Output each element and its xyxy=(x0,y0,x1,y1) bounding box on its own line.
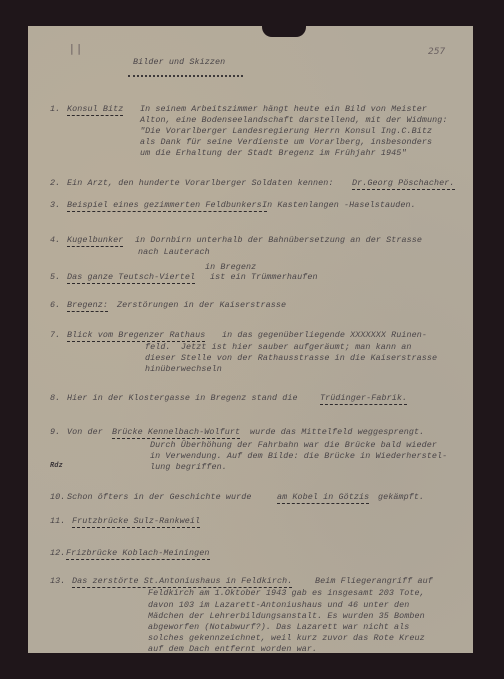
item-13-line: auf dem Dach entfernt worden war. xyxy=(148,644,317,655)
item-4-text: in Dornbirn unterhalb der Bahnübersetzun… xyxy=(135,235,422,246)
item-13-line: Feldkirch am 1.Oktober 1943 gab es insge… xyxy=(148,588,425,599)
item-12-heading: Frizbrücke Koblach-Meiningen xyxy=(66,548,210,560)
item-2-text: Ein Arzt, den hunderte Vorarlberger Sold… xyxy=(67,178,334,189)
item-13-number: 13. xyxy=(50,576,65,587)
item-7-line: feld. Jetzt ist hier sauber aufgeräumt; … xyxy=(145,342,412,353)
item-8-text: Hier in der Klostergasse in Bregenz stan… xyxy=(67,393,298,404)
item-3-text: In Kastenlangen -Haselstauden. xyxy=(262,200,416,211)
item-7-number: 7. xyxy=(50,330,60,341)
item-12-number: 12. xyxy=(50,548,65,559)
margin-marks: | | xyxy=(70,42,81,55)
item-8-heading: Trüdinger-Fabrik. xyxy=(320,393,407,405)
item-1-line: Alton, eine Bodenseelandschaft darstelle… xyxy=(140,115,448,126)
item-13-line: Mädchen der Lehrerbildungsanstalt. Es wu… xyxy=(148,611,425,622)
item-6-number: 6. xyxy=(50,300,60,311)
item-3-heading: Beispiel eines gezimmerten Feldbunkers. xyxy=(67,200,267,212)
item-1-line: als Dank für seine Verdienste um Vorarlb… xyxy=(140,137,432,148)
title-underline xyxy=(128,75,243,77)
item-2-number: 2. xyxy=(50,178,60,189)
item-4-number: 4. xyxy=(50,235,60,246)
item-10-text: Schon öfters in der Geschichte wurde xyxy=(67,492,252,503)
item-7-line: hinüberwechseln xyxy=(145,364,222,375)
item-6-heading: Bregenz: xyxy=(67,300,108,312)
item-6-text: Zerstörungen in der Kaiserstrasse xyxy=(117,300,286,311)
item-1-heading: Konsul Bitz xyxy=(67,104,123,116)
item-1-line: "Die Vorarlberger Landesregierung Herrn … xyxy=(140,126,432,137)
item-9-line: in Verwendung. Auf dem Bilde: die Brücke… xyxy=(150,451,447,462)
item-9-line: Durch Überhöhung der Fahrbahn war die Br… xyxy=(150,440,437,451)
item-10-text-post: gekämpft. xyxy=(378,492,424,503)
document-title: Bilder und Skizzen xyxy=(133,57,225,68)
item-13-line: abgeworfen (Notabwurf?). Das Lazarett wa… xyxy=(148,622,409,633)
item-7-text: in das gegenüberliegende XXXXXXX Ruinen- xyxy=(222,330,427,341)
item-13-heading: Das zerstörte St.Antoniushaus in Feldkir… xyxy=(72,576,292,588)
item-7-heading: Blick vom Bregenzer Rathaus xyxy=(67,330,205,342)
item-10-number: 10. xyxy=(50,492,65,503)
item-1-number: 1. xyxy=(50,104,60,115)
item-11-heading: Frutzbrücke Sulz-Rankweil xyxy=(72,516,200,528)
page-notch xyxy=(262,26,306,37)
item-8-number: 8. xyxy=(50,393,60,404)
item-1-line: um die Erhaltung der Stadt Bregenz im Fr… xyxy=(140,148,407,159)
item-7-line: dieser Stelle von der Rathausstrasse in … xyxy=(145,353,437,364)
item-3-number: 3. xyxy=(50,200,60,211)
item-9-heading: Brücke Kennelbach-Wolfurt xyxy=(112,427,240,439)
item-2-heading: Dr.Georg Pöschacher. xyxy=(352,178,455,190)
margin-stamp: Rdz xyxy=(50,461,63,472)
item-9-number: 9. xyxy=(50,427,60,438)
item-4-continuation: nach Lauterach xyxy=(138,247,210,258)
item-13-line: solches gekennzeichnet, weil kurz zuvor … xyxy=(148,633,425,644)
item-13-text: Beim Fliegerangriff auf xyxy=(315,576,433,587)
item-13-line: davon 103 im Lazarett-Antoniushaus und 4… xyxy=(148,600,409,611)
item-9-line: lung begriffen. xyxy=(150,462,227,473)
item-5-text: ist ein Trümmerhaufen xyxy=(210,272,318,283)
item-9-text: wurde das Mittelfeld weggesprengt. xyxy=(250,427,424,438)
item-5-heading: Das ganze Teutsch-Viertel xyxy=(67,272,195,284)
item-9-text-pre: Von der xyxy=(67,427,103,438)
item-10-heading: am Kobel in Götzis xyxy=(277,492,369,504)
item-5-number: 5. xyxy=(50,272,60,283)
item-4-heading: Kugelbunker xyxy=(67,235,123,247)
item-11-number: 11. xyxy=(50,516,65,527)
page-number: 257 xyxy=(428,47,445,57)
item-1-line: In seinem Arbeitszimmer hängt heute ein … xyxy=(140,104,427,115)
